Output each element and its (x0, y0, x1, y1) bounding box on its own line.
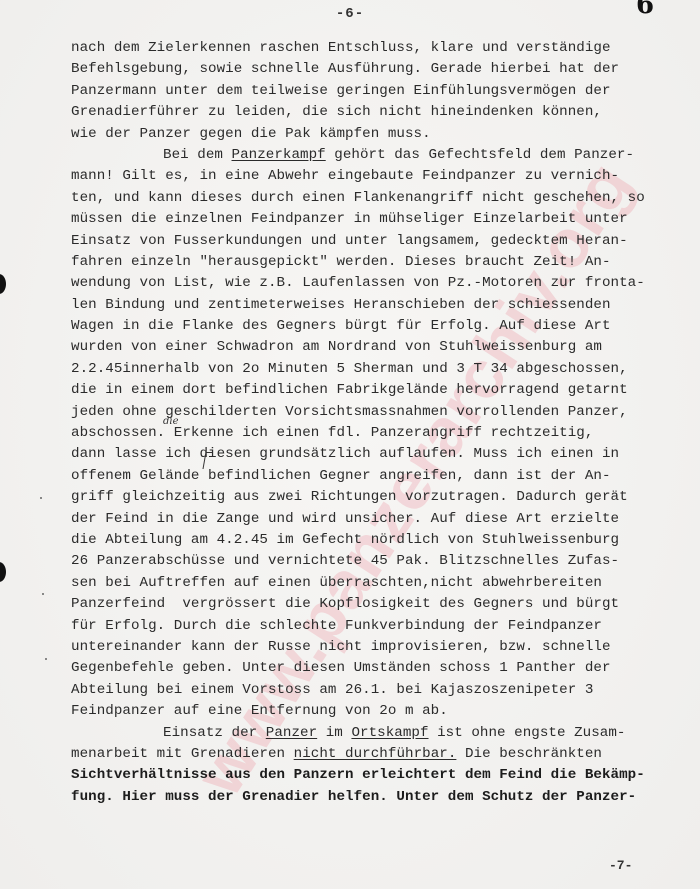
underlined-term: Panzerkampf (232, 147, 326, 163)
page-number-top: -6- (0, 6, 700, 22)
text-line: Grenadierführer zu leiden, die sich nich… (71, 102, 691, 123)
page-number-corner: 6 (636, 0, 654, 20)
text-line: wendung von List, wie z.B. Laufenlassen … (71, 273, 691, 294)
text-line: Befehlsgebung, sowie schnelle Ausführung… (71, 59, 691, 80)
text-line: len Bindung und zentimeterweises Heransc… (71, 295, 691, 316)
text-line: offenem Gelände befindlichen Gegner angr… (71, 466, 691, 487)
margin-speck (45, 658, 47, 660)
page-number-bottom: -7- (609, 858, 632, 873)
punch-hole-mark (0, 274, 6, 294)
text-line: Panzermann unter dem teilweise geringen … (71, 81, 691, 102)
text-line: Einsatz der Panzer im Ortskampf ist ohne… (71, 723, 691, 744)
text-line: fahren einzeln "herausgepickt" werden. D… (71, 252, 691, 273)
margin-speck (42, 593, 44, 595)
text-line: der Feind in die Zange und wird unsicher… (71, 509, 691, 530)
text-line: wie der Panzer gegen die Pak kämpfen mus… (71, 124, 691, 145)
text-line: sen bei Auftreffen auf einen überraschte… (71, 573, 691, 594)
text-line: 2.2.45innerhalb von 2o Minuten 5 Sherman… (71, 359, 691, 380)
text-line: Abteilung bei einem Vorstoss am 26.1. be… (71, 680, 691, 701)
text-line: müssen die einzelnen Feindpanzer in mühs… (71, 209, 691, 230)
text-line: Panzerfeind vergrössert die Kopflosigkei… (71, 594, 691, 615)
text-line: nach dem Zielerkennen raschen Entschluss… (71, 38, 691, 59)
text-line: Bei dem Panzerkampf gehört das Gefechtsf… (71, 145, 691, 166)
handwritten-insertion: die (163, 416, 179, 427)
text-line: griff gleichzeitig aus zwei Richtungen v… (71, 487, 691, 508)
text-line: fung. Hier muss der Grenadier helfen. Un… (71, 787, 691, 808)
text-line: menarbeit mit Grenadieren nicht durchfüh… (71, 744, 691, 765)
text-line: Feindpanzer auf eine Entfernung von 2o m… (71, 701, 691, 722)
margin-speck (40, 497, 42, 499)
punch-hole-mark (0, 562, 6, 582)
text-line: untereinander kann der Russe nicht impro… (71, 637, 691, 658)
text-line: Wagen in die Flanke des Gegners bürgt fü… (71, 316, 691, 337)
underlined-term: Ortskampf (351, 725, 428, 741)
text-line: Gegenbefehle geben. Unter diesen Umständ… (71, 658, 691, 679)
text-line: wurden von einer Schwadron am Nordrand v… (71, 337, 691, 358)
text-line: die Abteilung am 4.2.45 im Gefecht nördl… (71, 530, 691, 551)
underlined-term: nicht durchführbar. (294, 746, 457, 762)
text-line: mann! Gilt es, in eine Abwehr eingebaute… (71, 166, 691, 187)
text-line: Einsatz von Fusserkundungen und unter la… (71, 231, 691, 252)
text-line: die in einem dort befindlichen Fabrikgel… (71, 380, 691, 401)
text-line: für Erfolg. Durch die schlechte Funkverb… (71, 616, 691, 637)
text-line: 26 Panzerabschüsse und vernichtete 45 Pa… (71, 551, 691, 572)
text-line: ten, und kann dieses durch einen Flanken… (71, 188, 691, 209)
text-line: dann lasse ich diesen grundsätzlich aufl… (71, 444, 691, 465)
document-page: www.panzerarchiv.org -6- 6 nach dem Ziel… (0, 0, 700, 889)
text-line: Sichtverhältnisse aus den Panzern erleic… (71, 765, 691, 786)
underlined-term: Panzer (266, 725, 317, 741)
